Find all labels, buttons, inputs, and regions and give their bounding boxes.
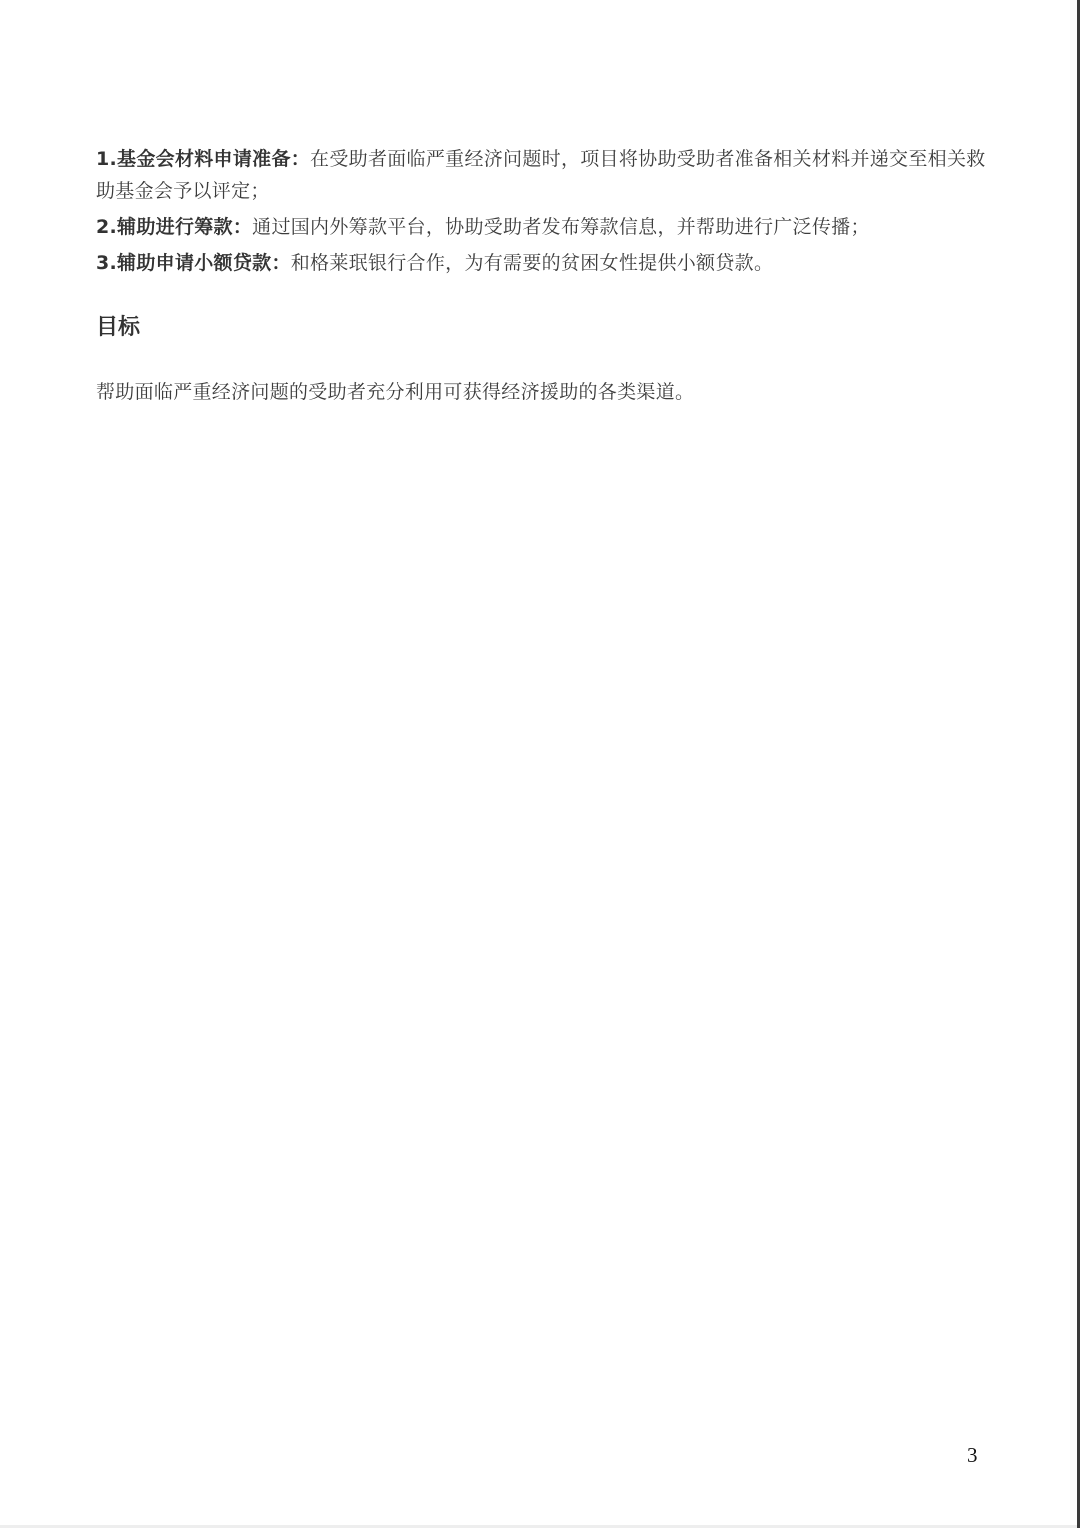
item-text: 通过国内外筹款平台，协助受助者发布筹款信息，并帮助进行广泛传播； (252, 216, 870, 238)
goal-text: 帮助面临严重经济问题的受助者充分利用可获得经济援助的各类渠道。 (96, 376, 694, 408)
list-item: 2.辅助进行筹款：通过国内外筹款平台，协助受助者发布筹款信息，并帮助进行广泛传播… (96, 211, 986, 243)
item-label: 3.辅助申请小额贷款： (96, 252, 291, 274)
list-item: 3.辅助申请小额贷款：和格莱珉银行合作，为有需要的贫困女性提供小额贷款。 (96, 247, 986, 279)
section-heading: 目标 (96, 310, 140, 341)
item-label: 1.基金会材料申请准备： (96, 148, 310, 170)
list-item: 1.基金会材料申请准备：在受助者面临严重经济问题时，项目将协助受助者准备相关材料… (96, 143, 986, 207)
item-text: 和格莱珉银行合作，为有需要的贫困女性提供小额贷款。 (291, 252, 774, 274)
service-list: 1.基金会材料申请准备：在受助者面临严重经济问题时，项目将协助受助者准备相关材料… (96, 143, 986, 283)
document-page: 1.基金会材料申请准备：在受助者面临严重经济问题时，项目将协助受助者准备相关材料… (0, 0, 1077, 1528)
item-label: 2.辅助进行筹款： (96, 216, 252, 238)
page-number: 3 (967, 1443, 978, 1468)
